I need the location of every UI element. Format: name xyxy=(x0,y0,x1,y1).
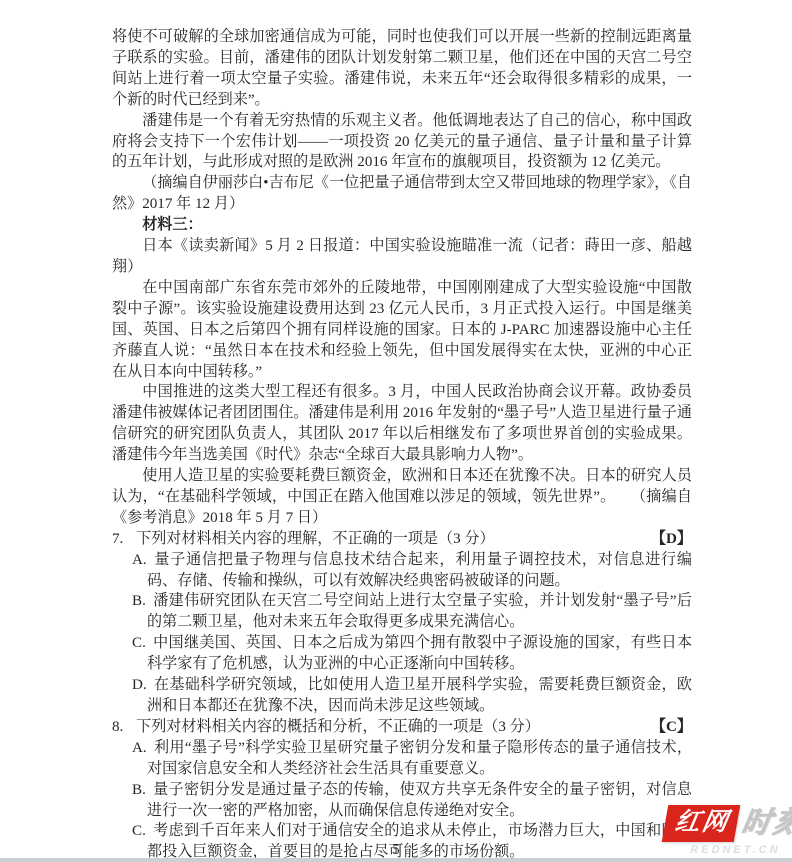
bottom-edge-bar xyxy=(0,858,792,862)
question-number: 8. xyxy=(112,719,123,735)
question-8-stem: 【C】 8. 下列对材料相关内容的概括和分析，不正确的一项是（3 分） xyxy=(112,717,692,738)
paragraph-continuation: 将使不可破解的全球加密通信成为可能，同时也使我们可以开展一些新的控制远距离量子联… xyxy=(112,27,692,111)
rednet-logo-outline-text: 时刻 xyxy=(739,809,792,838)
option-label: C. xyxy=(132,823,146,839)
question-7: 【D】 7. 下列对材料相关内容的理解，不正确的一项是（3 分） A.量子通信把… xyxy=(112,529,692,717)
paragraph: 在中国南部广东省东莞市郊外的丘陵地带，中国刚刚建成了大型实验设施“中国散裂中子源… xyxy=(112,278,692,383)
option-text: 在基础科学研究领域，比如使用人造卫星开展科学实验，需要耗费巨额资金，欧洲和日本都… xyxy=(147,677,692,714)
option-label: A. xyxy=(132,552,147,568)
option-label: C. xyxy=(132,635,146,651)
material-three-heading: 材料三： xyxy=(112,215,692,236)
question-text: 下列对材料相关内容的理解，不正确的一项是（3 分） xyxy=(136,531,494,547)
option-label: A. xyxy=(132,740,147,756)
option-text: 中国继美国、英国、日本之后成为第四个拥有散裂中子源设施的国家，有些日本科学家有了… xyxy=(147,635,692,672)
option-text: 量子通信把量子物理与信息技术结合起来，利用量子调控技术，对信息进行编码、存储、传… xyxy=(147,552,692,589)
answer-marker-c: 【C】 xyxy=(651,717,692,738)
option-label: B. xyxy=(132,593,146,609)
source-attribution: （摘编自伊丽莎白•吉布尼《一位把量子通信带到太空又带回地球的物理学家》，《自然》… xyxy=(112,173,692,215)
rednet-watermark-logo: 红网 时刻 REDNET.CN xyxy=(665,805,792,856)
paragraph: 中国推进的这类大型工程还有很多。3 月，中国人民政治协商会议开幕。政协委员潘建伟… xyxy=(112,382,692,466)
answer-marker-d: 【D】 xyxy=(651,529,692,550)
question-8-option-b: B.量子密钥分发是通过量子态的传输，使双方共享无条件安全的量子密钥，对信息进行一… xyxy=(112,780,692,822)
question-7-option-b: B.潘建伟研究团队在天宫二号空间站上进行太空量子实验，并计划发射“墨子号”后的第… xyxy=(112,591,692,633)
option-label: D. xyxy=(132,677,147,693)
option-text: 量子密钥分发是通过量子态的传输，使双方共享无条件安全的量子密钥，对信息进行一次一… xyxy=(147,782,692,819)
rednet-logo-red-block: 红网 xyxy=(662,805,741,842)
question-7-stem: 【D】 7. 下列对材料相关内容的理解，不正确的一项是（3 分） xyxy=(112,529,692,550)
option-text: 利用“墨子号”科学实验卫星研究量子密钥分发和量子隐形传态的量子通信技术，对国家信… xyxy=(147,740,692,777)
document-body: 将使不可破解的全球加密通信成为可能，同时也使我们可以开展一些新的控制远距离量子联… xyxy=(112,27,692,862)
question-7-option-a: A.量子通信把量子物理与信息技术结合起来，利用量子调控技术，对信息进行编码、存储… xyxy=(112,550,692,592)
question-8: 【C】 8. 下列对材料相关内容的概括和分析，不正确的一项是（3 分） A.利用… xyxy=(112,717,692,862)
question-8-option-a: A.利用“墨子号”科学实验卫星研究量子密钥分发和量子隐形传态的量子通信技术，对国… xyxy=(112,738,692,780)
rednet-logo-row: 红网 时刻 xyxy=(665,805,792,842)
question-text: 下列对材料相关内容的概括和分析，不正确的一项是（3 分） xyxy=(136,719,540,735)
paragraph: 使用人造卫星的实验要耗费巨额资金，欧洲和日本还在犹豫不决。日本的研究人员认为，“… xyxy=(112,466,692,529)
rednet-logo-url-text: REDNET.CN xyxy=(665,844,792,856)
paragraph: 日本《读卖新闻》5 月 2 日报道：中国实验设施瞄准一流（记者：蒔田一彦、船越翔… xyxy=(112,236,692,278)
paragraph: 潘建伟是一个有着无穷热情的乐观主义者。他低调地表达了自己的信心，称中国政府将会支… xyxy=(112,111,692,174)
question-7-option-c: C.中国继美国、英国、日本之后成为第四个拥有散裂中子源设施的国家，有些日本科学家… xyxy=(112,633,692,675)
option-text: 潘建伟研究团队在天宫二号空间站上进行太空量子实验，并计划发射“墨子号”后的第二颗… xyxy=(147,593,692,630)
option-label: B. xyxy=(132,782,146,798)
question-number: 7. xyxy=(112,531,123,547)
question-7-option-d: D.在基础科学研究领域，比如使用人造卫星开展科学实验，需要耗费巨额资金，欧洲和日… xyxy=(112,675,692,717)
